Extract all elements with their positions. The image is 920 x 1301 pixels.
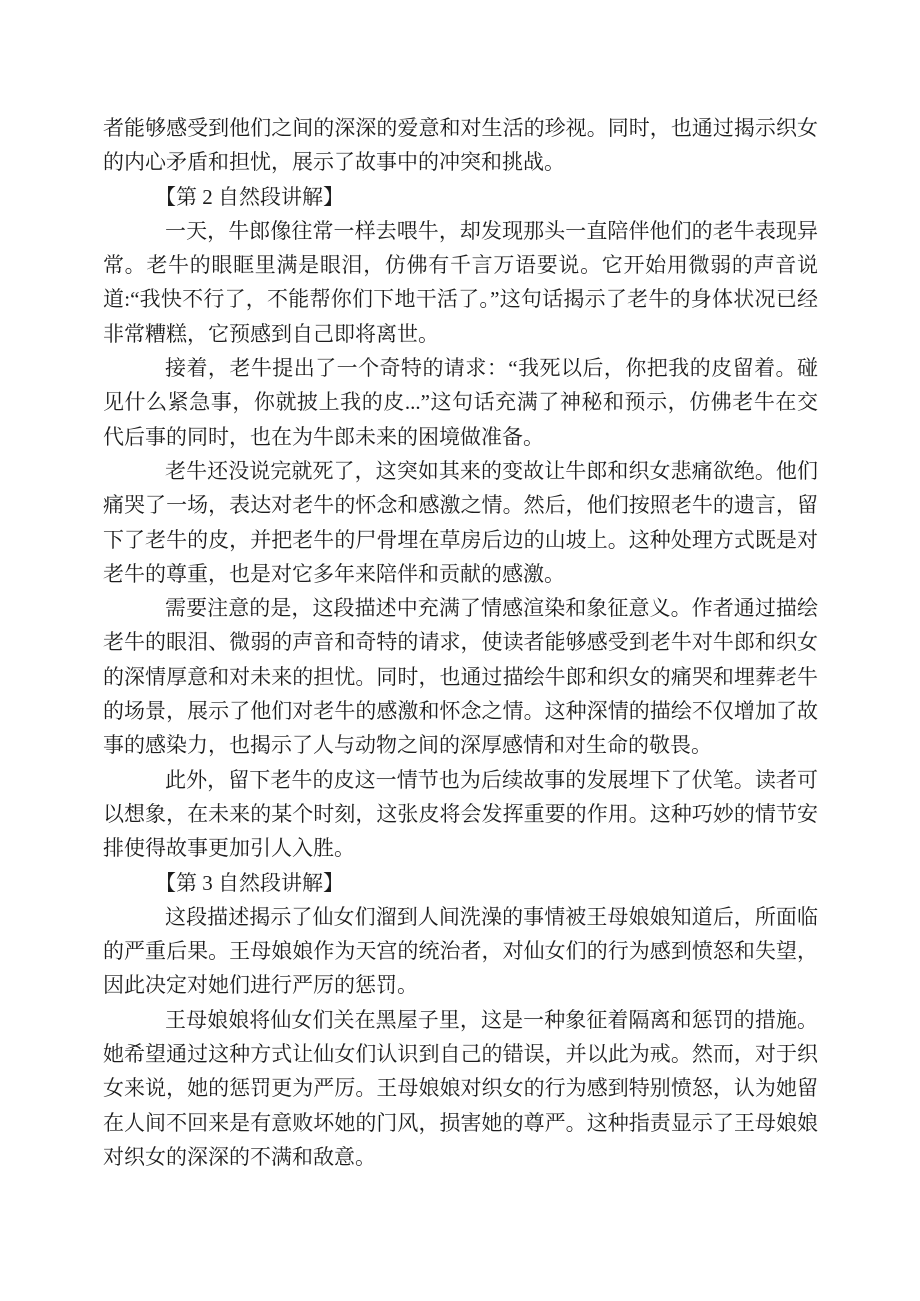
section-heading: 【第 3 自然段讲解】	[103, 866, 818, 900]
paragraph: 老牛还没说完就死了，这突如其来的变故让牛郎和织女悲痛欲绝。他们痛哭了一场，表达对…	[103, 454, 818, 591]
document-page: 者能够感受到他们之间的深深的爱意和对生活的珍视。同时，也通过揭示织女的内心矛盾和…	[0, 0, 920, 1301]
paragraph: 此外，留下老牛的皮这一情节也为后续故事的发展埋下了伏笔。读者可以想象，在未来的某…	[103, 763, 818, 866]
paragraph: 接着，老牛提出了一个奇特的请求：“我死以后，你把我的皮留着。碰见什么紧急事，你就…	[103, 351, 818, 454]
section-heading: 【第 2 自然段讲解】	[103, 180, 818, 214]
paragraph: 需要注意的是，这段描述中充满了情感渲染和象征意义。作者通过描绘老牛的眼泪、微弱的…	[103, 591, 818, 762]
paragraph: 这段描述揭示了仙女们溜到人间洗澡的事情被王母娘娘知道后，所面临的严重后果。王母娘…	[103, 900, 818, 1003]
paragraph: 一天，牛郎像往常一样去喂牛，却发现那头一直陪伴他们的老牛表现异常。老牛的眼眶里满…	[103, 214, 818, 351]
paragraph: 者能够感受到他们之间的深深的爱意和对生活的珍视。同时，也通过揭示织女的内心矛盾和…	[103, 111, 818, 180]
document-body: 者能够感受到他们之间的深深的爱意和对生活的珍视。同时，也通过揭示织女的内心矛盾和…	[103, 111, 818, 1174]
paragraph: 王母娘娘将仙女们关在黑屋子里，这是一种象征着隔离和惩罚的措施。她希望通过这种方式…	[103, 1003, 818, 1174]
